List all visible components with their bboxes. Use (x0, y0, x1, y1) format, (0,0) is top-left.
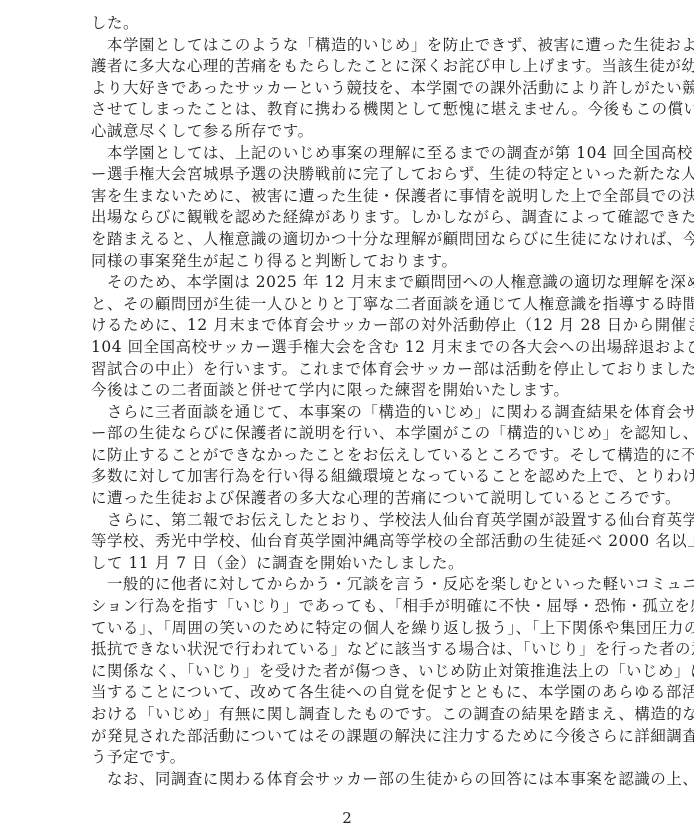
text-line: ー選手権大会宮城県予選の決勝戦前に完了しておらず、生徒の特定といった新たな人権侵 (91, 164, 603, 186)
text-line: に防止することができなかったことをお伝えしているところです。そして構造的に不特定 (91, 445, 603, 467)
text-line: けるために、12 月末まで体育会サッカー部の対外活動停止（12 月 28 日から… (91, 315, 603, 337)
text-line: に遭った生徒および保護者の多大な心理的苦痛について説明しているところです。 (91, 488, 603, 510)
text-line: 等学校、秀光中学校、仙台育英学園沖縄高等学校の全部活動の生徒延べ 2000 名以… (91, 531, 603, 553)
text-line: そのため、本学園は 2025 年 12 月末まで顧問団への人権意識の適切な理解を… (91, 272, 603, 294)
text-line: と、その顧問団が生徒一人ひとりと丁寧な二者面談を通じて人権意識を指導する時間を設 (91, 294, 603, 316)
text-line: 習試合の中止）を行います。これまで体育会サッカー部は活動を停止しておりましたが、 (91, 359, 603, 381)
document-body: した。 本学園としてはこのような「構造的いじめ」を防止できず、被害に遭った生徒お… (91, 13, 603, 790)
text-line: 多数に対して加害行為を行い得る組織環境となっていることを認めた上で、とりわけ被害 (91, 466, 603, 488)
text-line: 害を生まないために、被害に遭った生徒・保護者に事情を説明した上で全部員での決勝戦 (91, 186, 603, 208)
text-line: 104 回全国高校サッカー選手権大会を含む 12 月末までの各大会への出場辞退お… (91, 337, 603, 359)
text-line: させてしまったことは、教育に携わる機関として慙愧に堪えません。今後もこの償いに誠 (91, 99, 603, 121)
text-line: を踏まえると、人権意識の適切かつ十分な理解が顧問団ならびに生徒になければ、今後も (91, 229, 603, 251)
text-line: 護者に多大な心理的苦痛をもたらしたことに深くお詫び申し上げます。当該生徒が幼少期 (91, 56, 603, 78)
text-line: 一般的に他者に対してからかう・冗談を言う・反応を楽しむといった軽いコミュニケー (91, 574, 603, 596)
text-line: 本学園としてはこのような「構造的いじめ」を防止できず、被害に遭った生徒および保 (91, 35, 603, 57)
text-line: した。 (91, 13, 603, 35)
text-line: う予定です。 (91, 747, 603, 769)
text-line: が発見された部活動についてはその課題の解決に注力するために今後さらに詳細調査を行 (91, 726, 603, 748)
text-line: ション行為を指す「いじり」であっても、「相手が明確に不快・屈辱・恐怖・孤立を感じ (91, 596, 603, 618)
text-line: 当することについて、改めて各生徒への自覚を促すとともに、本学園のあらゆる部活動に (91, 682, 603, 704)
text-line: 同様の事案発生が起こり得ると判断しております。 (91, 251, 603, 273)
text-line: 今後はこの二者面談と併せて学内に限った練習を開始いたします。 (91, 380, 603, 402)
text-line: 心誠意尽くして参る所存です。 (91, 121, 603, 143)
text-line: ー部の生徒ならびに保護者に説明を行い、本学園がこの「構造的いじめ」を認知し、事前 (91, 423, 603, 445)
text-line: ている」、「周囲の笑いのために特定の個人を繰り返し扱う」、「上下関係や集団圧力の… (91, 618, 603, 640)
text-line: に関係なく、「いじり」を受けた者が傷つき、いじめ防止対策推進法上の「いじめ」に該 (91, 661, 603, 683)
text-line: なお、同調査に関わる体育会サッカー部の生徒からの回答には本事案を認識の上、「構 (91, 769, 603, 791)
page-number: 2 (0, 809, 694, 827)
text-line: より大好きであったサッカーという競技を、本学園での課外活動により許しがたい競技と (91, 78, 603, 100)
text-line: さらに、第二報でお伝えしたとおり、学校法人仙台育英学園が設置する仙台育英学園高 (91, 510, 603, 532)
text-line: 出場ならびに観戦を認めた経緯があります。しかしながら、調査によって確認できた内容 (91, 207, 603, 229)
text-line: して 11 月 7 日（金）に調査を開始いたしました。 (91, 553, 603, 575)
text-line: おける「いじめ」有無に関し調査したものです。この調査の結果を踏まえ、構造的な課題 (91, 704, 603, 726)
text-line: 本学園としては、上記のいじめ事案の理解に至るまでの調査が第 104 回全国高校サ… (91, 143, 603, 165)
text-line: さらに三者面談を通じて、本事案の「構造的いじめ」に関わる調査結果を体育会サッカ (91, 402, 603, 424)
text-line: 抵抗できない状況で行われている」などに該当する場合は、「いじり」を行った者の意図 (91, 639, 603, 661)
